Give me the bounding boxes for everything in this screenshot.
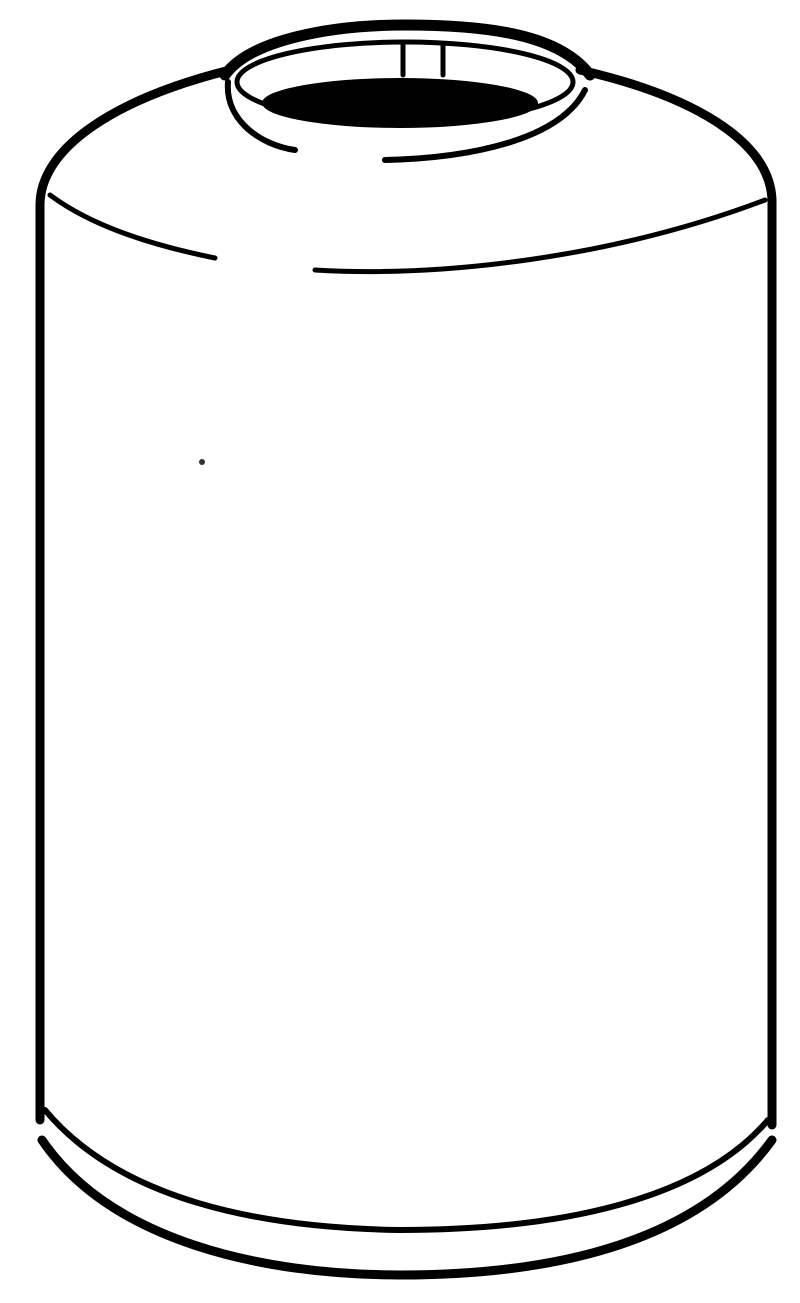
- opening-hole: [262, 78, 538, 128]
- filter-cartridge-drawing: [0, 0, 800, 1303]
- filter-cartridge-svg: [0, 0, 800, 1303]
- speck: [199, 459, 205, 465]
- background: [0, 0, 800, 1303]
